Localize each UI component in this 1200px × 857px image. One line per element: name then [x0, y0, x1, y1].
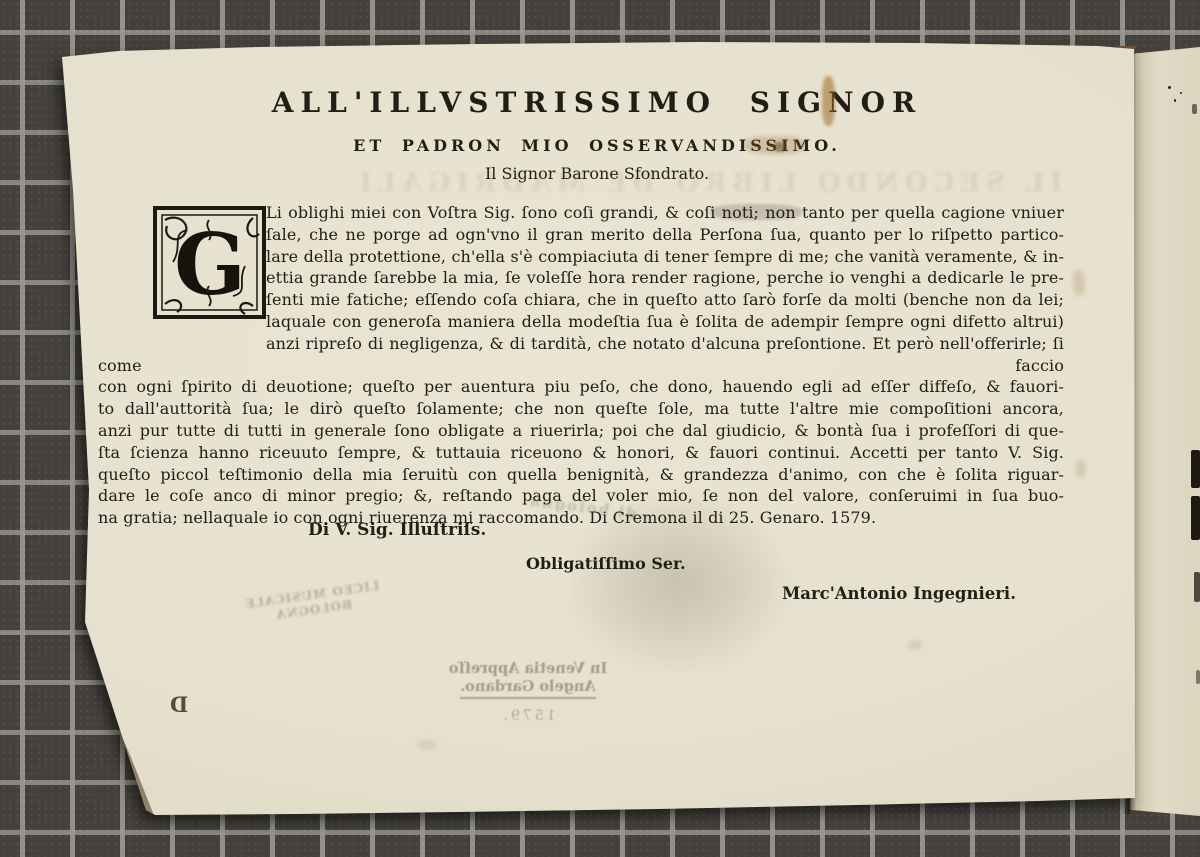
ink-speck: [1174, 99, 1176, 102]
dedication-body-text: G Li oblighi miei con Voſtra Sig. ſono c…: [98, 202, 1064, 529]
body-line: con ogni ſpirito di deuotione; queſto pe…: [98, 376, 1064, 398]
cropped-print-mark: [1191, 496, 1200, 540]
body-line: ſta ſcienza hanno riceuuto ſempre, & tut…: [98, 442, 1064, 464]
cropped-print-mark: [1192, 104, 1197, 114]
dedication-heading-line2: ET PADRON MIO OSSERVANDISSIMO.: [58, 136, 1136, 155]
signoff-line: Obligatiſſimo Ser.: [526, 554, 686, 573]
dedication-page-leaf: IL SECONDO LIBRO DE MADRIGALI di bologna…: [58, 40, 1136, 820]
body-line: anzi pur tutte di tutti in generale ſono…: [98, 420, 1064, 442]
imprint-show-through: In Venetia Appreſſo Angelo Gardano.: [418, 660, 638, 699]
imprint-printer: Angelo Gardano.: [460, 678, 595, 699]
foxing-spot: [418, 740, 436, 750]
dedication-heading-line1: ALL'ILLVSTRISSIMO SIGNOR: [58, 86, 1136, 119]
paper-surface: IL SECONDO LIBRO DE MADRIGALI di bologna…: [58, 40, 1136, 820]
foxing-spot: [1076, 460, 1086, 478]
cropped-print-mark: [1196, 670, 1200, 684]
body-line: na gratia; nellaquale io con ogni riuere…: [98, 507, 1064, 529]
body-line: dare le coſe anco di minor pregio; &, re…: [98, 485, 1064, 507]
dedicatee-name-line: Il Signor Barone Sfondrato.: [58, 164, 1136, 183]
ink-speck: [1168, 86, 1171, 89]
gathering-signature-show-through: D: [170, 692, 188, 717]
imprint-year-show-through: 1579.: [418, 708, 638, 724]
brown-stain: [822, 76, 835, 126]
foxing-spot: [908, 640, 922, 650]
ink-speck: [1180, 92, 1182, 94]
valediction-line: Di V. Sig. Illuſtriſs.: [308, 520, 486, 540]
body-line: queſto piccol teſtimonio della mia ſerui…: [98, 464, 1064, 486]
drop-cap-float: G: [98, 202, 266, 333]
author-signature: Marc'Antonio Ingegnieri.: [782, 584, 1016, 603]
ink-smear: [710, 204, 802, 220]
drop-cap-letter: G: [174, 215, 246, 314]
woodcut-initial-frame: G: [153, 206, 266, 319]
cropped-print-mark: [1194, 572, 1200, 602]
body-line: to dall'auttorità ſua; le dirò queſto ſo…: [98, 398, 1064, 420]
cropped-print-mark: [1191, 450, 1200, 488]
photo-of-open-book: IL SECONDO LIBRO DE MADRIGALI di bologna…: [0, 0, 1200, 857]
next-page-edge: [1130, 44, 1200, 816]
dark-smudge: [774, 142, 786, 152]
imprint-place: In Venetia Appreſſo: [418, 660, 638, 678]
body-line: anzi ripreſo di negligenza, & di tardità…: [98, 333, 1064, 377]
foxing-spot: [1073, 270, 1085, 296]
